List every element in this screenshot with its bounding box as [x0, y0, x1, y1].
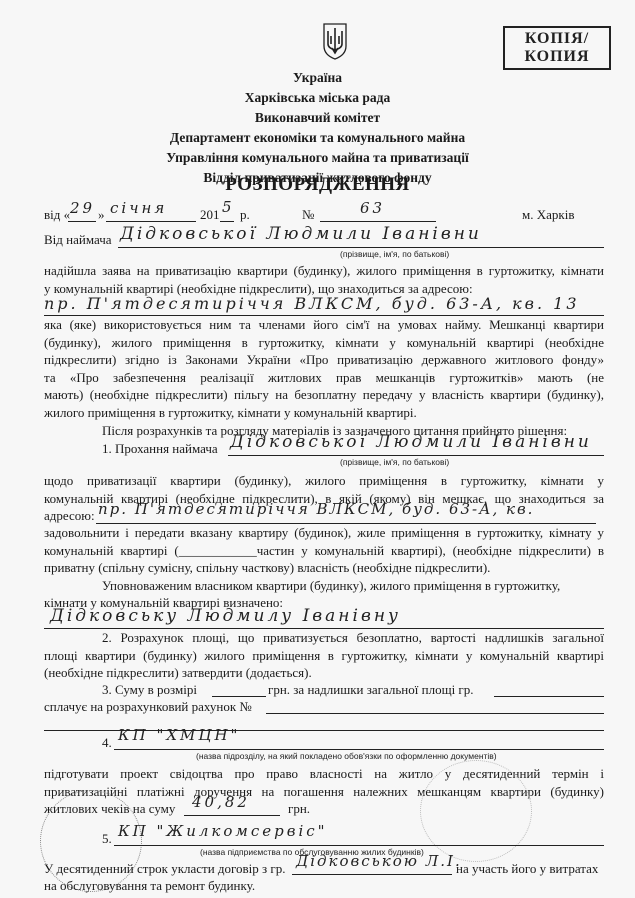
item1-caption: (прізвище, ім'я, по батькові) — [340, 457, 449, 467]
application-text: надійшла заява на приватизацію квартири … — [44, 262, 604, 297]
item4-sum: 40,82 — [192, 793, 250, 811]
header-line: Департамент економіки та комунального ма… — [0, 128, 635, 148]
date-month: січня — [110, 200, 167, 218]
item4-currency: грн. — [288, 800, 310, 818]
text-line: підкреслити) згідно із Законами України … — [44, 351, 604, 369]
item5-organization: КП "Жилкомсервіс" — [118, 822, 328, 840]
item5-b: на участь його у витратах — [456, 860, 598, 878]
item2: 2. Розрахунок площі, що приватизується б… — [44, 629, 604, 682]
item5-c: на обслуговування та ремонт будинку. — [44, 877, 255, 895]
address: пр. П'ятдесятиріччя ВЛКСМ, буд. 63-А, кв… — [44, 294, 580, 313]
text-line: комунальній квартирі (____________частин… — [44, 542, 604, 560]
item1-rest: задовольнити і передати вказану квартиру… — [44, 524, 604, 577]
document-number: 63 — [360, 200, 385, 218]
text-line: надійшла заява на приватизацію квартири … — [44, 262, 604, 280]
text-line: щодо приватизації квартири (будинку), жи… — [44, 472, 604, 490]
text-line: жилого приміщення в гуртожитку, кімнати … — [44, 404, 604, 422]
item4-department: КП "ХМЦН" — [118, 726, 240, 744]
header-line: Виконавчий комітет — [0, 108, 635, 128]
text-line: площі квартири (будинку) жилого приміщен… — [44, 647, 604, 665]
text-line: та «Про забезпечення реалізації житлових… — [44, 369, 604, 387]
text-line: (будинку), жилого приміщення в гуртожитк… — [44, 334, 604, 352]
tenant-caption: (прізвище, ім'я, по батькові) — [340, 249, 449, 259]
date-year-suffix: 5 — [222, 199, 235, 217]
item5-a: У десятиденний строк укласти договір з г… — [44, 860, 286, 878]
text-line: 2. Розрахунок площі, що приватизується б… — [44, 629, 604, 647]
item1-tenant: Дідковської Людмили Іванівни — [230, 432, 592, 452]
tenant-name: Дідковської Людмили Іванівни — [120, 224, 482, 244]
trident-coat-of-arms-icon — [322, 22, 348, 60]
item4-caption: (назва підрозділу, на який покладено обо… — [196, 751, 497, 761]
date-mid: » — [98, 206, 105, 224]
header-line: Харківська міська рада — [0, 88, 635, 108]
tenant-label: Від наймача — [44, 231, 112, 249]
document-title: РОЗПОРЯДЖЕННЯ — [0, 174, 635, 196]
copy-stamp: КОПІЯ/ КОПИЯ — [503, 26, 611, 70]
owner-name: Дідковську Людмилу Іванівну — [50, 606, 401, 626]
organization-header: Україна Харківська міська рада Виконавчи… — [0, 68, 635, 188]
item1-address: пр. П'ятдесятиріччя ВЛКСМ, буд. 63-А, кв… — [98, 500, 534, 518]
date-prefix: від « — [44, 206, 70, 224]
item3-b: грн. за надлишки загальної площі гр. — [268, 681, 474, 699]
city: м. Харків — [522, 206, 574, 224]
coat-of-arms — [322, 22, 348, 60]
item3-c: сплачує на розрахунковий рахунок № — [44, 698, 252, 716]
text-line: яка (яке) використовується ним та членам… — [44, 316, 604, 334]
item1-label: 1. Прохання наймача — [102, 440, 218, 458]
text-line: приватну (спільну сумісну, спільну частк… — [44, 559, 604, 577]
date-line: від « 29 » січня 201 5 р. № 63 м. Харків — [44, 204, 604, 224]
owner-intro: Уповноваженим власником квартири (будинк… — [102, 577, 560, 595]
item1-addr-label: адресою: — [44, 507, 95, 525]
text-line: задовольнити і передати вказану квартиру… — [44, 524, 604, 542]
copy-stamp-line: КОПИЯ — [511, 48, 603, 66]
date-year-tail: р. — [240, 206, 250, 224]
header-line: Україна — [0, 68, 635, 88]
number-label: № — [302, 206, 314, 224]
date-day: 29 — [70, 200, 95, 218]
text-line: мають) (необхідне підкреслити) пільгу на… — [44, 386, 604, 404]
text-line: (необхідне підкреслити) затвердити (дода… — [44, 664, 604, 682]
header-line: Управління комунального майна та привати… — [0, 148, 635, 168]
copy-stamp-line: КОПІЯ/ — [511, 30, 603, 48]
item5-label: 5. — [102, 830, 112, 848]
item5-person: Дідковською Л.І. — [296, 852, 462, 870]
round-seal — [420, 760, 532, 862]
date-year-prefix: 201 — [200, 206, 220, 224]
item4-label: 4. — [102, 734, 112, 752]
item3-a: 3. Суму в розмірі — [102, 681, 197, 699]
residents-paragraph: яка (яке) використовується ним та членам… — [44, 316, 604, 421]
